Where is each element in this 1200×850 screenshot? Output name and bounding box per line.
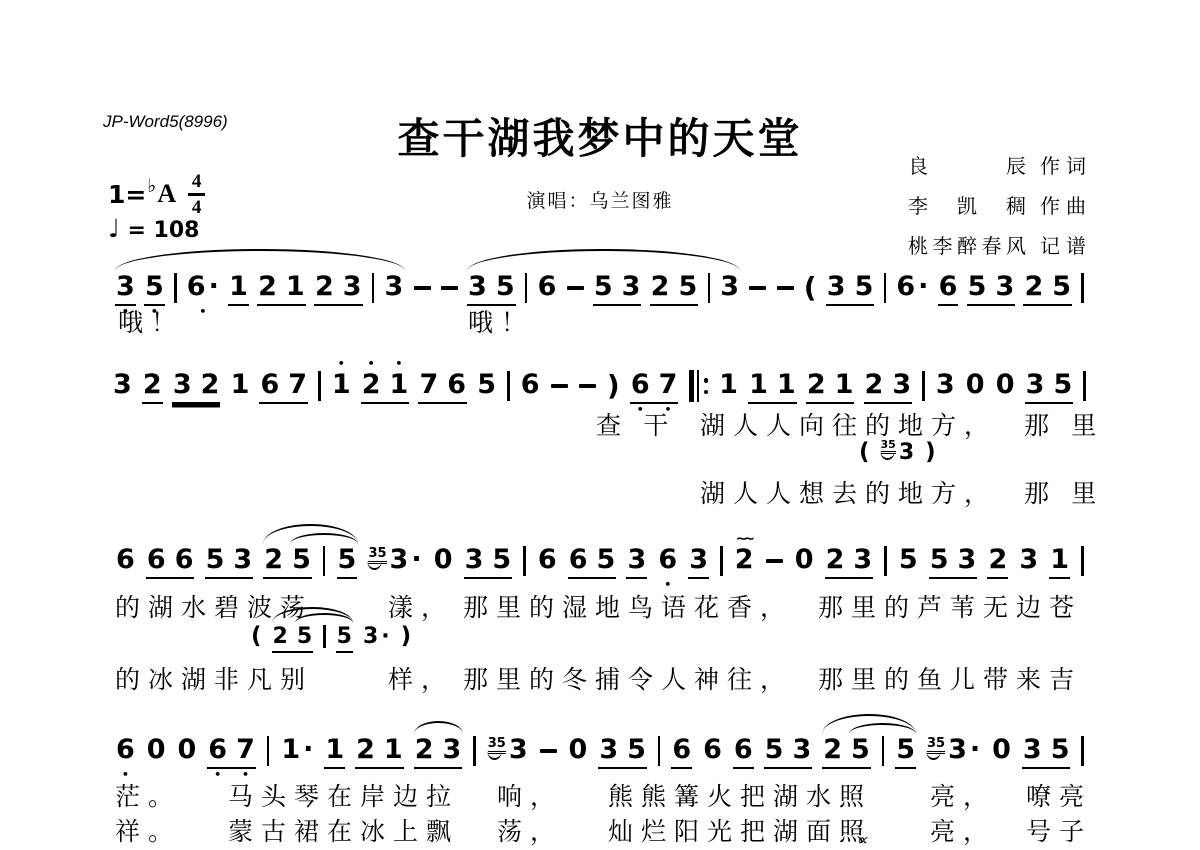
music-note: 3 [792,735,811,765]
music-note: 1 [325,735,344,765]
key-tonic: A [157,179,176,209]
note-digit: 7 [288,370,307,400]
dash-extension [540,749,557,753]
music-note: 5 [627,735,646,765]
music-note: 6 [734,735,753,765]
lyric-segment: 号子 [1026,812,1092,848]
music-note: 3 [442,735,461,765]
note-digit: 5 [1052,272,1071,302]
note-group: 0 [995,370,1016,400]
augmentation-dot: · [970,735,980,765]
credit-name-char: 辰 [1006,150,1026,179]
line-2: 32321671•2•1•7656)6•7•111212330035 [112,370,1087,406]
note-digit: 3 [468,272,487,302]
music-note: 2 [356,735,375,765]
music-note: 2 [415,735,434,765]
music-note: 3 [113,370,132,400]
music-note: 3 [853,545,872,575]
note-digit: 3 [343,272,362,302]
beamed-group: 23 [864,370,913,404]
repeat-dot [704,390,709,395]
note-group [776,272,795,290]
note-digit: 6 [631,370,650,400]
note-digit: 5 [597,545,616,575]
credit-name-char: 春 [982,230,1002,259]
rest-note: 0 [147,735,166,765]
note-digit: 3 [899,440,914,465]
rest-note: 0 [178,735,197,765]
music-note: 6 [538,545,557,575]
beamed-group: 21 [806,370,855,404]
note-group: 0 [433,545,454,575]
repeat-sign [689,370,709,402]
lyric-row-verse2-c: 祥。蒙古裙在冰上飘荡，灿烂阳光把湖面照亮，号子 [0,812,1200,844]
note-digit: 2 [735,545,754,575]
beamed-group: 66 [146,545,195,579]
parenthesis: ) [607,370,620,401]
note-group: 1· [280,735,314,765]
note-digit: 5 [627,735,646,765]
music-note: 6 [447,370,466,400]
music-note: 7 [288,370,307,400]
note-digit: 3 [599,735,618,765]
note-digit: 3 [113,370,132,400]
note-digit: 3 [627,545,646,575]
note-digit: 2 [988,545,1007,575]
lyric-segment: 响， [497,777,563,813]
music-note: 1 [835,370,854,400]
music-note: 3 [958,545,977,575]
note-digit: 6 [939,272,958,302]
lyric-segment: 那里的芦苇无边苍 [818,588,1082,624]
note-group [1080,735,1085,766]
note-digit: 5 [337,624,352,649]
music-note: 2• [362,370,381,400]
music-note: 5 [930,545,949,575]
note-group: 1• [331,370,352,400]
note-digit: 2 [362,370,381,400]
note-digit: 6 [447,370,466,400]
note-digit: 2 [264,545,283,575]
music-note: 1 [1050,545,1069,575]
note-group [550,370,569,388]
music-note: 5 [594,272,613,302]
beamed-group: 53 [929,545,978,579]
note-digit: 6 [672,735,691,765]
note-digit: 3 [233,545,252,575]
credit-name-char: 醉 [957,230,977,259]
note-digit: 5 [896,735,915,765]
music-note: 7 [419,370,438,400]
music-note: 7• [236,735,255,765]
augmentation-dot: · [209,272,219,302]
note-digit: 3 [892,370,911,400]
note-group: ) [400,624,413,649]
note-digit: 2 [823,735,842,765]
music-note: 3 [1023,735,1042,765]
grace-notes: 35 [368,547,386,564]
barline [922,371,925,401]
note-group: 6• [115,735,136,765]
note-group [881,735,886,766]
note-digit: 6 [116,735,135,765]
music-note: 6 [538,272,557,302]
note-digit: 6 [260,370,279,400]
lyric-segment: 祥。 [115,812,181,848]
note-group [266,735,271,766]
note-digit: 0 [966,370,985,400]
note-digit: 3 [1019,545,1038,575]
note-group: 6 [537,272,558,302]
lyric-row-verse1-a: 查 干湖人人向往的地方，那 里 [0,406,1200,438]
music-note: 3 [468,272,487,302]
beamed-group: 11 [748,370,797,404]
note-group [719,545,724,576]
note-group [322,545,327,576]
note-group [657,735,662,766]
music-note: 2 [264,545,283,575]
credit-name: 李凯稠 [908,190,1026,219]
lyric-segment: 那里的鱼儿带来吉 [818,660,1082,696]
flat-icon: ♭ [147,175,156,197]
note-digit: 2 [315,272,334,302]
music-note: 3 [995,272,1014,302]
music-note: 6• [631,370,650,400]
beamed-group: 6 [938,272,959,306]
rest-note: 0 [992,735,1011,765]
note-digit: 5 [145,272,164,302]
line-4: 6•006•7•1·1212335303566653255353·035 [115,735,1085,771]
music-note: 2 [143,370,162,400]
slur [115,249,405,271]
note-digit: 1 [835,370,854,400]
credit-name-char: 凯 [957,190,977,219]
octave-dot-high: • [395,358,402,369]
beamed-group: 3• [115,272,136,306]
music-note: 3 [892,370,911,400]
note-digit: 3 [948,735,967,765]
augmentation-dot: · [381,624,389,649]
lyric-segment: 那 里 [1024,406,1104,442]
note-digit: 5 [765,735,784,765]
beamed-group: 23 [825,545,874,579]
note-group: 3 [1018,545,1039,575]
music-note: 5 [1053,370,1072,400]
note-group [522,545,527,576]
beamed-group: 25 [1023,272,1072,306]
rest-note: 0 [434,545,453,575]
note-group: ) [924,440,937,465]
note-group: 353 [487,735,529,765]
barline [523,546,526,576]
note-group: 0 [568,735,589,765]
music-note: 5 [477,370,496,400]
note-digit: 5 [292,545,311,575]
music-note: 6 [672,735,691,765]
note-digit: 3 [853,545,872,575]
note-group [371,272,376,303]
augmentation-dot: · [303,735,313,765]
music-note: 2 [258,272,277,302]
lyric-segment: 样， [388,660,454,696]
beamed-group: 65 [568,545,617,579]
music-note: 6 [260,370,279,400]
note-group: 353· [926,735,981,765]
grace-notes: 35 [488,737,506,754]
credit-role: 记谱 [1040,230,1092,259]
beamed-group: 53 [967,272,1016,306]
note-group: ( [858,440,871,465]
note-group [748,272,767,290]
music-note: 1• [332,370,351,400]
music-note: 7• [659,370,678,400]
beamed-group: 1 [1049,545,1070,579]
note-group [1080,545,1085,576]
note-group [765,545,784,563]
note-group: 353· [367,545,422,575]
note-digit: 6 [734,735,753,765]
note-group: 5 [898,545,919,575]
note-group [1082,370,1087,401]
credits-block: 良辰作词李凯稠作曲桃李醉春风记谱 [908,150,1092,270]
lyric-segment: 蒙古裙在冰上飘 [228,812,459,848]
lyric-segment: 马头琴在岸边拉 [228,777,459,813]
note-digit: 5 [851,735,870,765]
note-digit: 3 [958,545,977,575]
lyric-segment: 湖人人向往的地方， [700,406,997,442]
beamed-group: 2 [987,545,1008,579]
beamed-group: 53 [764,735,813,769]
music-note: 5 [896,735,915,765]
note-group: 6• [657,545,678,575]
note-digit: 5 [855,272,874,302]
note-digit: 2 [807,370,826,400]
note-digit: 3 [116,272,135,302]
music-note: 2 [826,545,845,575]
note-group: 3 [384,272,405,302]
dash-extension [766,559,783,563]
beamed-group: 5• [144,272,165,306]
music-note: 3 [599,735,618,765]
note-group [707,272,712,303]
beamed-group: 53 [593,272,642,306]
dash-extension [579,384,596,388]
music-note: 3· [363,624,390,649]
note-digit: 0 [434,545,453,575]
dash-extension [551,384,568,388]
beamed-group: 35 [1025,370,1074,404]
dash-extension [567,286,584,290]
music-note: 5 [968,272,987,302]
beamed-group: 6•7• [207,735,256,769]
music-note: 3 [622,272,641,302]
fraction-bar [188,193,205,196]
music-note: 3 [627,545,646,575]
note-digit: 0 [569,735,588,765]
music-note: 5 [855,272,874,302]
note-digit: 3 [465,545,484,575]
beamed-group: 5 [336,624,353,653]
barline [1081,273,1084,303]
note-digit: 1 [777,370,796,400]
credit-name: 桃李醉春风 [908,230,1026,259]
beamed-group: 25 [263,545,312,579]
note-group: 3 [112,370,133,400]
note-digit: 2 [865,370,884,400]
note-group [173,272,178,303]
repeat-dots [704,378,709,394]
repeat-dot [704,378,709,383]
line-3: 66653255353·03566536•32∼∼023553231 [115,545,1085,581]
barline [720,546,723,576]
lyric-segment: 的冰湖非凡别 [115,660,313,696]
note-digit: 5 [930,545,949,575]
time-numerator: 4 [192,172,202,191]
rest-note: 0 [795,545,814,575]
lyric-segment: 茫。 [115,777,181,813]
music-note: 2 [823,735,842,765]
key-prefix: 1= [108,180,146,209]
note-group: 3· [362,624,391,649]
note-digit: 1 [231,370,250,400]
octave-dot-high: • [338,358,345,369]
credit-row: 桃李醉春风记谱 [908,230,1092,259]
note-digit: 5 [899,545,918,575]
beamed-group: 32 [172,370,221,404]
barline [372,273,375,303]
music-note: 6• [116,735,135,765]
barline [525,273,528,303]
credit-role: 作词 [1040,150,1092,179]
beamed-group: 23 [414,735,463,769]
note-digit: 5 [1051,735,1070,765]
music-note: 353· [368,545,421,575]
credit-role: 作曲 [1040,190,1092,219]
music-note: 2 [988,545,1007,575]
music-note: 6· [896,272,928,302]
note-digit: 5 [338,545,357,575]
music-note: 2 [807,370,826,400]
credit-row: 良辰作词 [908,150,1092,179]
note-group: 6· [895,272,929,302]
note-group: 353 [880,440,916,465]
note-group: 6 [520,370,541,400]
note-group [688,370,710,402]
music-note: 6 [175,545,194,575]
beamed-group: 2•1• [361,370,410,404]
beamed-group: 35 [826,272,875,306]
credit-name-char: 稠 [1006,190,1026,219]
grace-annotation: (353) [858,440,937,468]
music-note: 5 [851,735,870,765]
dash-extension [441,286,458,290]
music-note: 1 [384,735,403,765]
note-digit: 1 [332,370,351,400]
beamed-group: 35 [1022,735,1071,769]
note-group [566,272,585,290]
note-digit: 1 [325,735,344,765]
slur [414,721,463,734]
credit-name-char: 李 [933,230,953,259]
barline [1083,371,1086,401]
music-note: 3 [720,272,739,302]
lyric-row-verse1-c: 茫。马头琴在岸边拉响，熊熊篝火把湖水照亮，嘹亮 [0,777,1200,809]
note-digit: 1 [281,735,300,765]
note-digit: 6 [116,545,135,575]
beamed-group: 3 [626,545,647,579]
beamed-group: 35 [467,272,516,306]
note-group: 0 [965,370,986,400]
note-digit: 7 [236,735,255,765]
lyric-row-verse1-b: 的湖水碧波荡漾，那里的湿地鸟语花香，那里的芦苇无边苍 [0,588,1200,620]
note-group: 0 [146,735,167,765]
barline [1081,546,1084,576]
music-note: 1 [231,370,250,400]
music-note: 5 [496,272,515,302]
music-note: 3• [116,272,135,302]
note-group: ( [803,272,818,303]
barline [1081,736,1084,766]
barline [708,273,711,303]
beamed-group: 6 [733,735,754,769]
music-note: 1• [390,370,409,400]
music-note: 2 [865,370,884,400]
beamed-group: 5 [337,545,358,579]
beamed-group: 35 [464,545,513,579]
lyric-segment: 那里的冬捕令人神往， [463,660,793,696]
music-note: 6 [939,272,958,302]
note-digit: 5 [477,370,496,400]
rest-note: 0 [996,370,1015,400]
music-note: 1 [777,370,796,400]
note-digit: 6 [175,545,194,575]
key-signature: 1= ♭ A 4 4 [108,172,205,217]
note-digit: 5 [297,624,312,649]
music-note: 5 [678,272,697,302]
dash-extension [749,286,766,290]
music-note: 5 [337,624,352,649]
note-digit: 6 [658,545,677,575]
note-digit: 1 [286,272,305,302]
note-digit: 2 [651,272,670,302]
barline [267,736,270,766]
lyric-segment: 荡， [497,812,563,848]
music-note: 2 [1024,272,1043,302]
note-digit: 3 [995,272,1014,302]
page-corner-mark: ∝ [856,830,867,850]
note-group [883,545,888,576]
barline [882,736,885,766]
barline [174,273,177,303]
note-group: 5 [476,370,497,400]
beamed-group: 53 [205,545,254,579]
music-note: 6• [208,735,227,765]
lyric-segment: 那里的湿地鸟语花香， [463,588,793,624]
note-digit: 1 [229,272,248,302]
note-group [317,370,322,401]
music-note: 3 [173,370,192,400]
tempo-marking: ♩ = 108 [108,214,199,243]
note-group: 1 [230,370,251,400]
music-note: 1· [281,735,313,765]
music-note: 6 [703,735,722,765]
note-digit: 3 [1023,735,1042,765]
note-digit: 2 [273,624,288,649]
music-note: 2 [651,272,670,302]
note-group: 6·• [186,272,220,302]
rest-note: 0 [966,370,985,400]
note-digit: 3 [689,545,708,575]
